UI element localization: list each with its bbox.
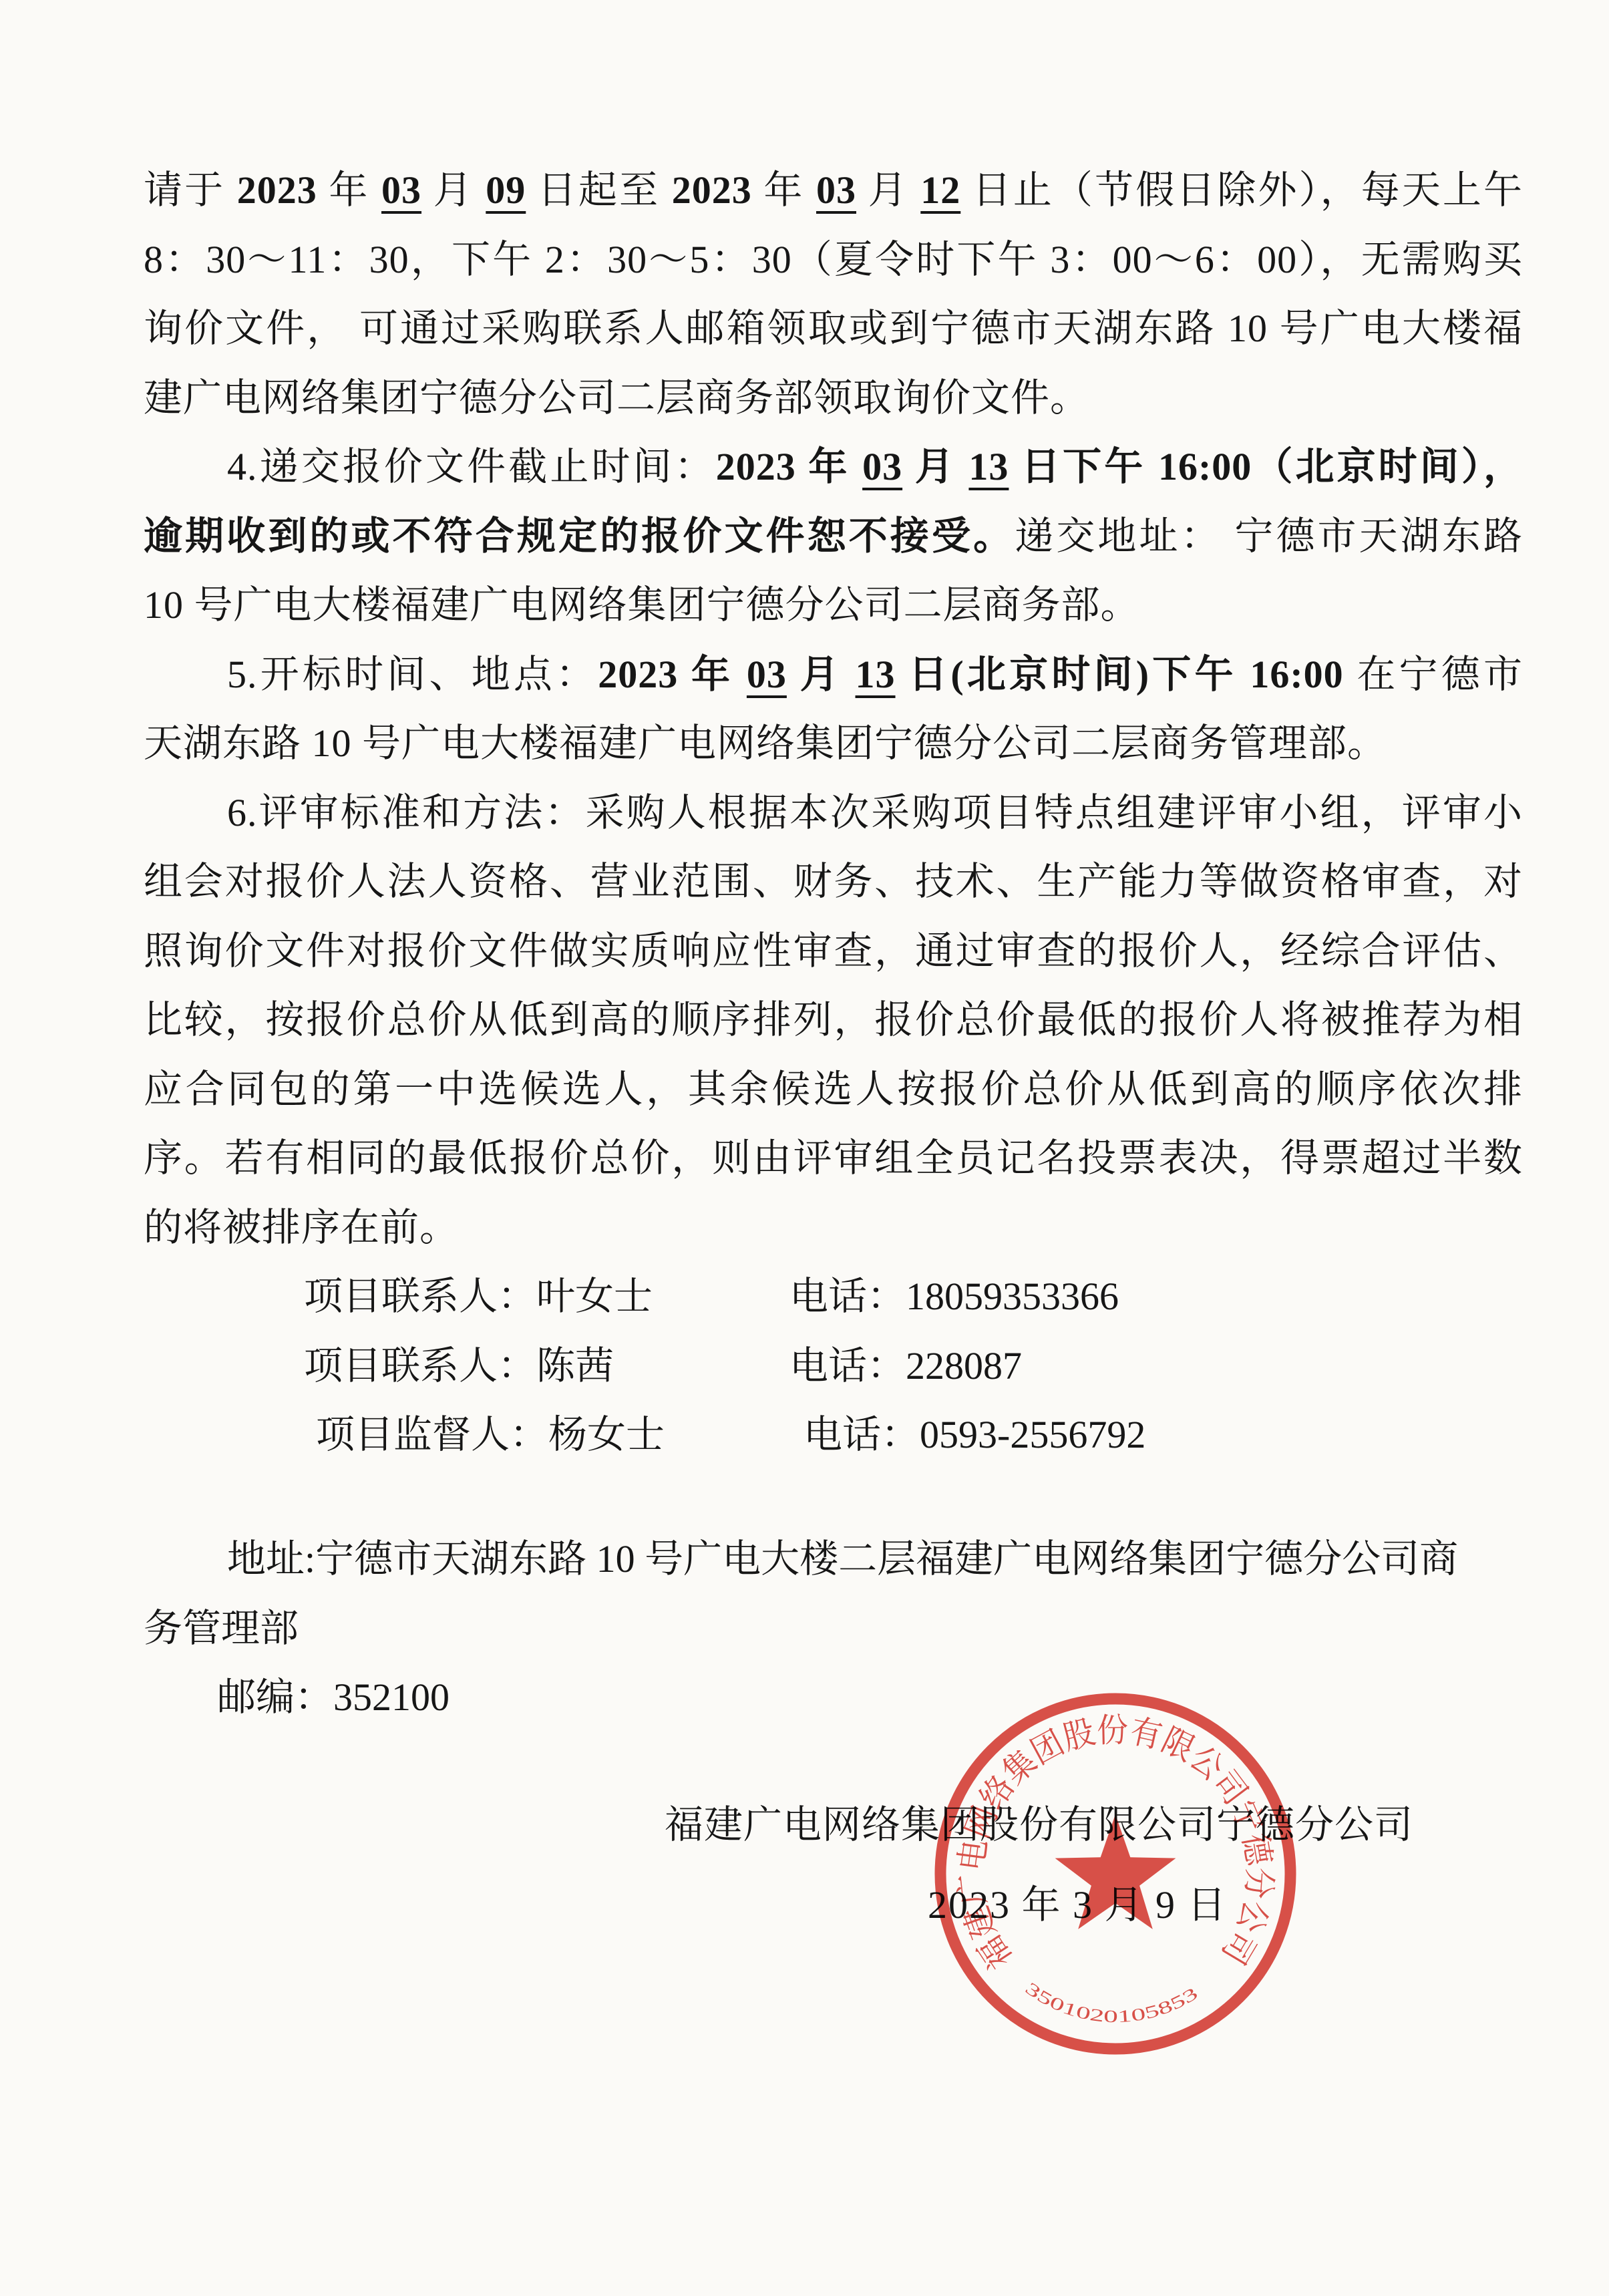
text-run: 年: [752, 168, 816, 212]
contact-row-3: 项目监督人：杨女士 电话：0593-2556792: [144, 1400, 1523, 1470]
text-run: 10 号广电大楼福建广电网络集团宁德分公司二层商务部。: [144, 583, 1140, 627]
seal-star-icon: [1055, 1814, 1176, 1929]
text-run: 日止（节假日除外），每天上午: [960, 168, 1523, 212]
text-run: 请于: [144, 168, 237, 212]
contact-phone: 电话：18059353366: [789, 1262, 1119, 1331]
address-line-2: 务管理部: [144, 1594, 1523, 1663]
text-run: 建广电网络集团宁德分公司二层商务部领取询价文件。: [144, 376, 1089, 420]
body-line-3: 询价文件， 可通过采购联系人邮箱领取或到宁德市天湖东路 10 号广电大楼福: [144, 294, 1523, 363]
text-run: 递交地址： 宁德市天湖东路: [1015, 514, 1523, 558]
text-run: 在宁德市: [1357, 653, 1523, 696]
contact-phone-number: 18059353366: [906, 1275, 1119, 1318]
text-run: 月: [856, 168, 920, 212]
text-run: 组会对报价人法人资格、营业范围、财务、技术、生产能力等做资格审查，对: [144, 860, 1523, 903]
contact-person-name: 叶女士: [536, 1275, 653, 1318]
text-run: 月: [787, 653, 856, 696]
body-line-1: 请于 2023 年 03 月 09 日起至 2023 年 03 月 12 日止（…: [144, 156, 1523, 225]
postcode-value: 352100: [333, 1675, 450, 1719]
contact-list: 项目联系人：叶女士 电话：18059353366 项目联系人：陈茜 电话：228…: [144, 1262, 1523, 1470]
body-line-13: 比较，按报价总价从低到高的顺序排列，报价总价最低的报价人将被推荐为相: [144, 985, 1523, 1055]
text-run: 比较，按报价总价从低到高的顺序排列，报价总价最低的报价人将被推荐为相: [144, 998, 1523, 1041]
text-run: 13: [968, 445, 1009, 488]
contact-person-label: 项目联系人：: [304, 1344, 536, 1387]
contact-phone-label: 电话：: [789, 1344, 906, 1387]
text-run: 年: [317, 168, 381, 212]
text-run: 日起至: [526, 168, 671, 212]
contact-phone-label: 电话：: [789, 1275, 906, 1318]
contact-person: 项目联系人：叶女士: [304, 1262, 653, 1331]
body-line-10: 6.评审标准和方法：采购人根据本次采购项目特点组建评审小组，评审小: [144, 778, 1523, 848]
text-run: 日下午 16:00（北京时间），: [1009, 445, 1523, 488]
body-line-6: 逾期收到的或不符合规定的报价文件恕不接受。递交地址： 宁德市天湖东路: [144, 502, 1523, 571]
text-run: 日(北京时间)下午 16:00: [896, 653, 1357, 696]
contact-phone-number: 0593-2556792: [920, 1413, 1145, 1456]
text-run: 2023 年: [716, 445, 862, 488]
text-run: 2023 年: [598, 653, 747, 696]
address-line-1: 地址:宁德市天湖东路 10 号广电大楼二层福建广电网络集团宁德分公司商: [144, 1524, 1523, 1594]
text-run: 03: [381, 168, 421, 212]
text-run: 03: [862, 445, 902, 488]
text-run: 03: [747, 653, 787, 696]
text-run: 天湖东路 10 号广电大楼福建广电网络集团宁德分公司二层商务管理部。: [144, 721, 1387, 765]
document-body: 请于 2023 年 03 月 09 日起至 2023 年 03 月 12 日止（…: [144, 156, 1523, 1262]
contact-row-1: 项目联系人：叶女士 电话：18059353366: [144, 1262, 1523, 1331]
body-line-9: 天湖东路 10 号广电大楼福建广电网络集团宁德分公司二层商务管理部。: [144, 709, 1523, 778]
contact-phone: 电话：228087: [789, 1331, 1022, 1401]
contact-person: 项目监督人：杨女士: [316, 1400, 665, 1470]
text-run: 5.开标时间、地点：: [227, 653, 598, 696]
text-run: 2023: [237, 168, 317, 212]
body-line-4: 建广电网络集团宁德分公司二层商务部领取询价文件。: [144, 363, 1523, 433]
text-run: 2023: [672, 168, 752, 212]
text-run: 09: [486, 168, 526, 212]
body-line-12: 照询价文件对报价文件做实质响应性审查，通过审查的报价人，经综合评估、: [144, 917, 1523, 986]
text-run: 月: [421, 168, 486, 212]
text-run: 序。若有相同的最低报价总价，则由评审组全员记名投票表决，得票超过半数: [144, 1136, 1523, 1180]
contact-person-label: 项目联系人：: [304, 1275, 536, 1318]
body-line-7: 10 号广电大楼福建广电网络集团宁德分公司二层商务部。: [144, 570, 1523, 640]
text-run: 8：30～11：30，下午 2：30～5：30（夏令时下午 3：00～6：00）…: [144, 238, 1523, 281]
document-page: 请于 2023 年 03 月 09 日起至 2023 年 03 月 12 日止（…: [0, 0, 1609, 2296]
text-run: 12: [920, 168, 960, 212]
body-line-15: 序。若有相同的最低报价总价，则由评审组全员记名投票表决，得票超过半数: [144, 1124, 1523, 1193]
text-run: 6.评审标准和方法：采购人根据本次采购项目特点组建评审小组，评审小: [227, 791, 1523, 834]
text-run: 逾期收到的或不符合规定的报价文件恕不接受。: [144, 514, 1015, 558]
body-line-16: 的将被排序在前。: [144, 1193, 1523, 1263]
seal-serial-number: 3501020105853: [1022, 1978, 1202, 2026]
text-run: 应合同包的第一中选候选人，其余候选人按报价总价从低到高的顺序依次排: [144, 1068, 1523, 1111]
text-run: 13: [856, 653, 896, 696]
text-run: 月: [902, 445, 968, 488]
contact-person-label: 项目监督人：: [316, 1413, 548, 1456]
text-run: 的将被排序在前。: [144, 1206, 459, 1249]
contact-person-name: 陈茜: [536, 1344, 614, 1387]
text-run: 照询价文件对报价文件做实质响应性审查，通过审查的报价人，经综合评估、: [144, 929, 1523, 973]
contact-phone: 电话：0593-2556792: [803, 1400, 1145, 1470]
body-line-2: 8：30～11：30，下午 2：30～5：30（夏令时下午 3：00～6：00）…: [144, 225, 1523, 295]
contact-person-name: 杨女士: [548, 1413, 665, 1456]
contact-row-2: 项目联系人：陈茜 电话：228087: [144, 1331, 1523, 1401]
contact-phone-number: 228087: [906, 1344, 1022, 1387]
body-line-11: 组会对报价人法人资格、营业范围、财务、技术、生产能力等做资格审查，对: [144, 847, 1523, 917]
company-seal-stamp-icon: 福建广电网络集团股份有限公司宁德分公司 3501020105853: [914, 1672, 1317, 2076]
text-run: 03: [816, 168, 856, 212]
postcode-label: 邮编：: [217, 1675, 333, 1719]
body-line-14: 应合同包的第一中选候选人，其余候选人按报价总价从低到高的顺序依次排: [144, 1055, 1523, 1124]
text-run: 4.递交报价文件截止时间：: [227, 445, 716, 488]
contact-phone-label: 电话：: [803, 1413, 920, 1456]
body-line-8: 5.开标时间、地点：2023 年 03 月 13 日(北京时间)下午 16:00…: [144, 640, 1523, 709]
text-run: 询价文件， 可通过采购联系人邮箱领取或到宁德市天湖东路 10 号广电大楼福: [144, 307, 1523, 350]
contact-person: 项目联系人：陈茜: [304, 1331, 614, 1401]
body-line-5: 4.递交报价文件截止时间：2023 年 03 月 13 日下午 16:00（北京…: [144, 432, 1523, 502]
